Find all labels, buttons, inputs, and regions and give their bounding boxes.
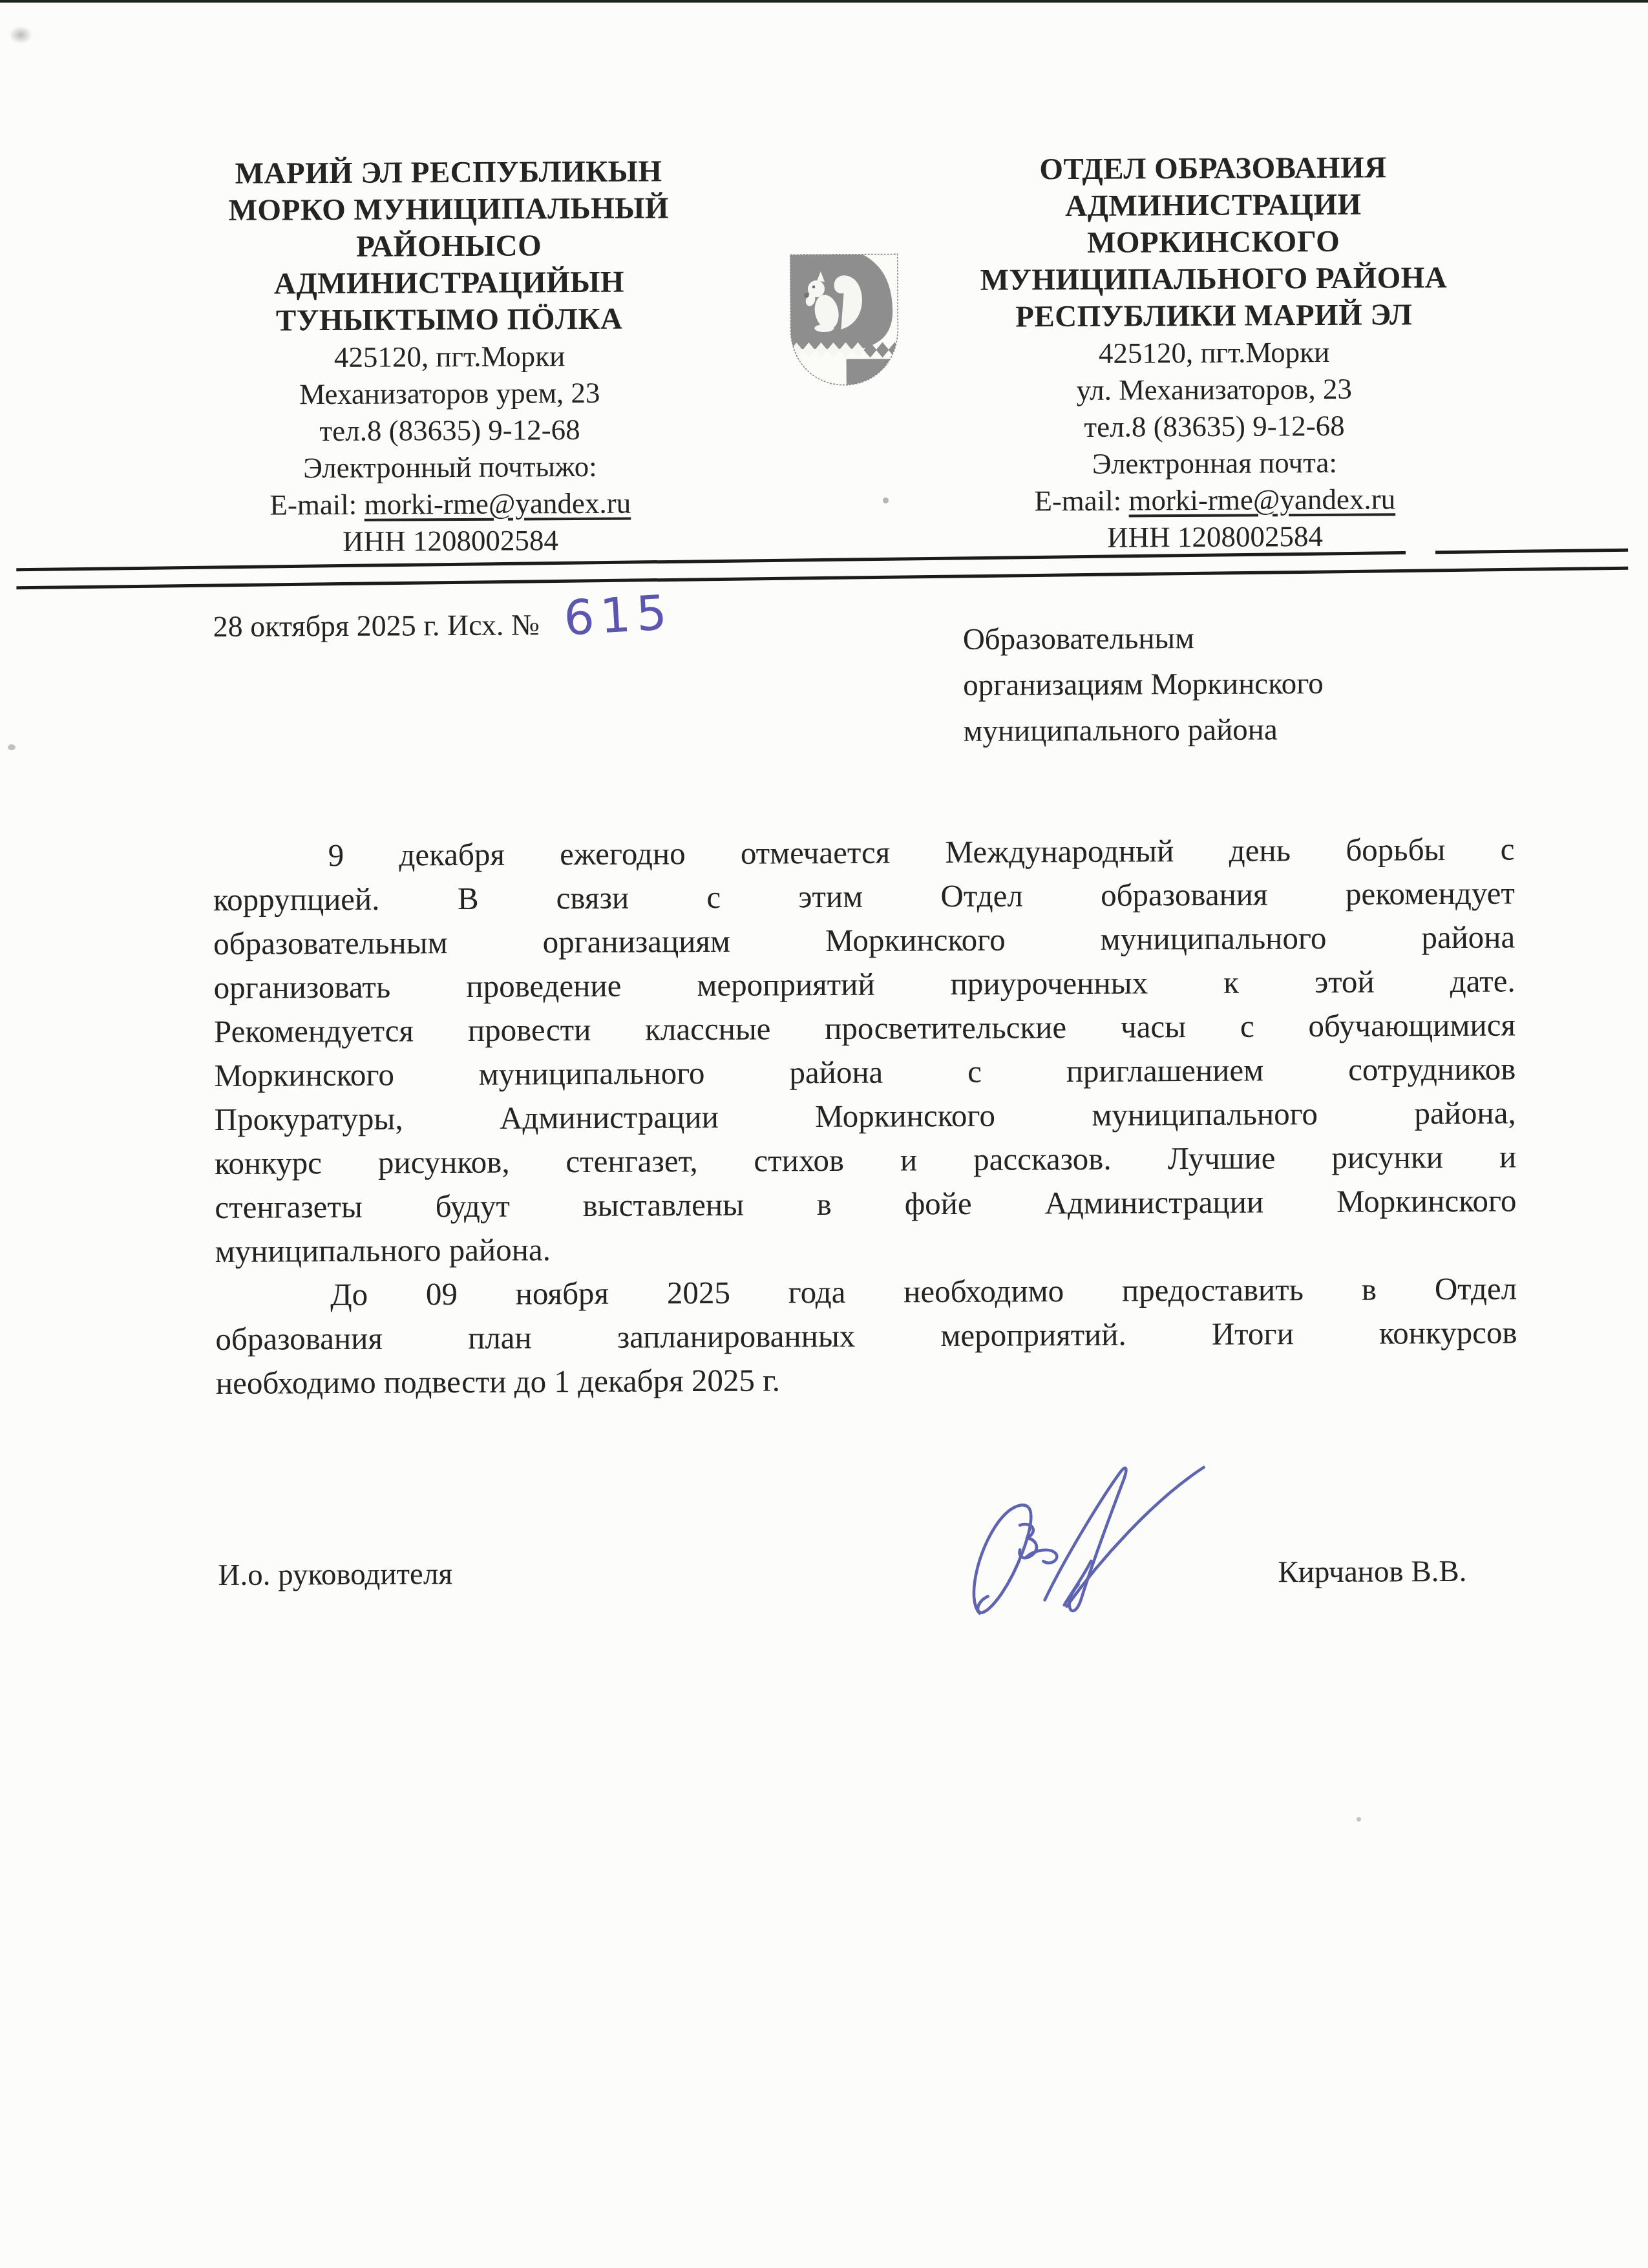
org-title-mari: МАРИЙ ЭЛ РЕСПУБЛИКЫН МОРКО МУНИЦИПАЛЬНЫЙ… <box>209 153 688 340</box>
letterhead-left: МАРИЙ ЭЛ РЕСПУБЛИКЫН МОРКО МУНИЦИПАЛЬНЫЙ… <box>209 153 690 561</box>
signature-scribble <box>833 1460 1229 1668</box>
body-line: До 09 ноября 2025 года необходимо предос… <box>215 1266 1517 1318</box>
letter-content: МАРИЙ ЭЛ РЕСПУБЛИКЫН МОРКО МУНИЦИПАЛЬНЫЙ… <box>0 0 1648 2268</box>
body-line: Моркинского муниципального района с приг… <box>214 1047 1516 1098</box>
body-line: Прокуратуры, Администрации Моркинского м… <box>215 1091 1516 1142</box>
letter-body: 9 декабря ежегодно отмечается Международ… <box>213 827 1517 1405</box>
email-line: E-mail: morki-rme@yandex.ru <box>211 485 690 524</box>
signatory-position: И.о. руководителя <box>218 1557 452 1593</box>
body-line: стенгазеты будут выставлены в фойе Админ… <box>215 1179 1516 1230</box>
org-address-line: тел.8 (83635) 9-12-68 <box>978 407 1450 446</box>
org-address-line: Электронный почтыжо: <box>211 448 689 487</box>
org-address-line: Механизаторов урем, 23 <box>211 374 689 414</box>
addressee-block: Образовательным организациям Моркинского… <box>963 615 1324 755</box>
org-title-line: АДМИНИСТРАЦИИ <box>977 186 1449 226</box>
email-address: morki-rme@yandex.ru <box>1128 483 1395 516</box>
body-line: необходимо подвести до 1 декабря 2025 г. <box>216 1354 1517 1405</box>
body-line: образования план запланированных меропри… <box>215 1310 1517 1361</box>
squirrel-eye <box>812 286 816 289</box>
shield-dark-bottom <box>847 359 902 388</box>
org-title-line: АДМИНИСТРАЦИЙЫН <box>210 264 688 303</box>
date-and-outgoing-label: 28 октября 2025 г. Исх. № <box>213 608 540 643</box>
body-line: коррупцией. В связи с этим Отдел образов… <box>213 871 1515 922</box>
org-address-line: Электронная почта: <box>978 444 1450 483</box>
shield-dark-field <box>790 254 893 349</box>
org-title-line: ОТДЕЛ ОБРАЗОВАНИЯ <box>977 149 1449 189</box>
org-address-line: ул. Механизаторов, 23 <box>978 370 1450 410</box>
org-title-line: РАЙОНЫСО <box>209 227 688 266</box>
reference-line: 28 октября 2025 г. Исх. № 615 <box>213 594 672 644</box>
signatory-name: Кирчанов В.В. <box>1278 1554 1466 1590</box>
body-line: 9 декабря ежегодно отмечается Международ… <box>213 827 1514 878</box>
email-address: morki-rme@yandex.ru <box>364 487 631 521</box>
org-address-line: 425120, пгт.Морки <box>210 337 688 377</box>
inn-line: ИНН 1208002584 <box>211 521 690 561</box>
scanned-letter-page: МАРИЙ ЭЛ РЕСПУБЛИКЫН МОРКО МУНИЦИПАЛЬНЫЙ… <box>0 0 1648 2268</box>
body-line: Рекомендуется провести классные просвети… <box>214 1003 1516 1054</box>
email-label: E-mail: <box>269 488 357 521</box>
org-address-line: 425120, пгт.Морки <box>978 333 1450 373</box>
org-address-mari: 425120, пгт.Морки Механизаторов урем, 23… <box>210 337 690 561</box>
org-title-line: МАРИЙ ЭЛ РЕСПУБЛИКЫН <box>209 153 688 193</box>
header-divider-line <box>16 567 1628 589</box>
org-title-line: РЕСПУБЛИКИ МАРИЙ ЭЛ <box>978 297 1450 336</box>
org-title-line: ТУНЫКТЫМО ПӦЛКА <box>210 300 688 340</box>
coat-of-arms <box>787 251 902 389</box>
addressee-line: Образовательным <box>963 615 1324 663</box>
squirrel-nut <box>804 293 808 298</box>
morki-coat-of-arms-squirrel-icon <box>787 251 902 389</box>
body-line: муниципального района. <box>215 1223 1517 1274</box>
org-title-russian: ОТДЕЛ ОБРАЗОВАНИЯ АДМИНИСТРАЦИИ МОРКИНСК… <box>977 149 1450 336</box>
addressee-line: муниципального района <box>963 707 1324 755</box>
org-address-russian: 425120, пгт.Морки ул. Механизаторов, 23 … <box>978 333 1451 557</box>
org-title-line: МУНИЦИПАЛЬНОГО РАЙОНА <box>978 260 1450 299</box>
email-line: E-mail: morki-rme@yandex.ru <box>979 481 1451 520</box>
org-title-line: МОРКИНСКОГО <box>977 223 1449 262</box>
body-line: организовать проведение мероприятий приу… <box>213 959 1515 1010</box>
body-line: конкурс рисунков, стенгазет, стихов и ра… <box>215 1135 1516 1186</box>
org-address-line: тел.8 (83635) 9-12-68 <box>211 411 689 450</box>
body-line: образовательным организациям Моркинского… <box>213 915 1515 966</box>
org-title-line: МОРКО МУНИЦИПАЛЬНЫЙ <box>209 190 688 229</box>
email-label: E-mail: <box>1034 485 1121 518</box>
letterhead-right: ОТДЕЛ ОБРАЗОВАНИЯ АДМИНИСТРАЦИИ МОРКИНСК… <box>977 149 1451 557</box>
outgoing-number-handwritten: 615 <box>562 589 673 643</box>
addressee-line: организациям Моркинского <box>963 661 1324 709</box>
